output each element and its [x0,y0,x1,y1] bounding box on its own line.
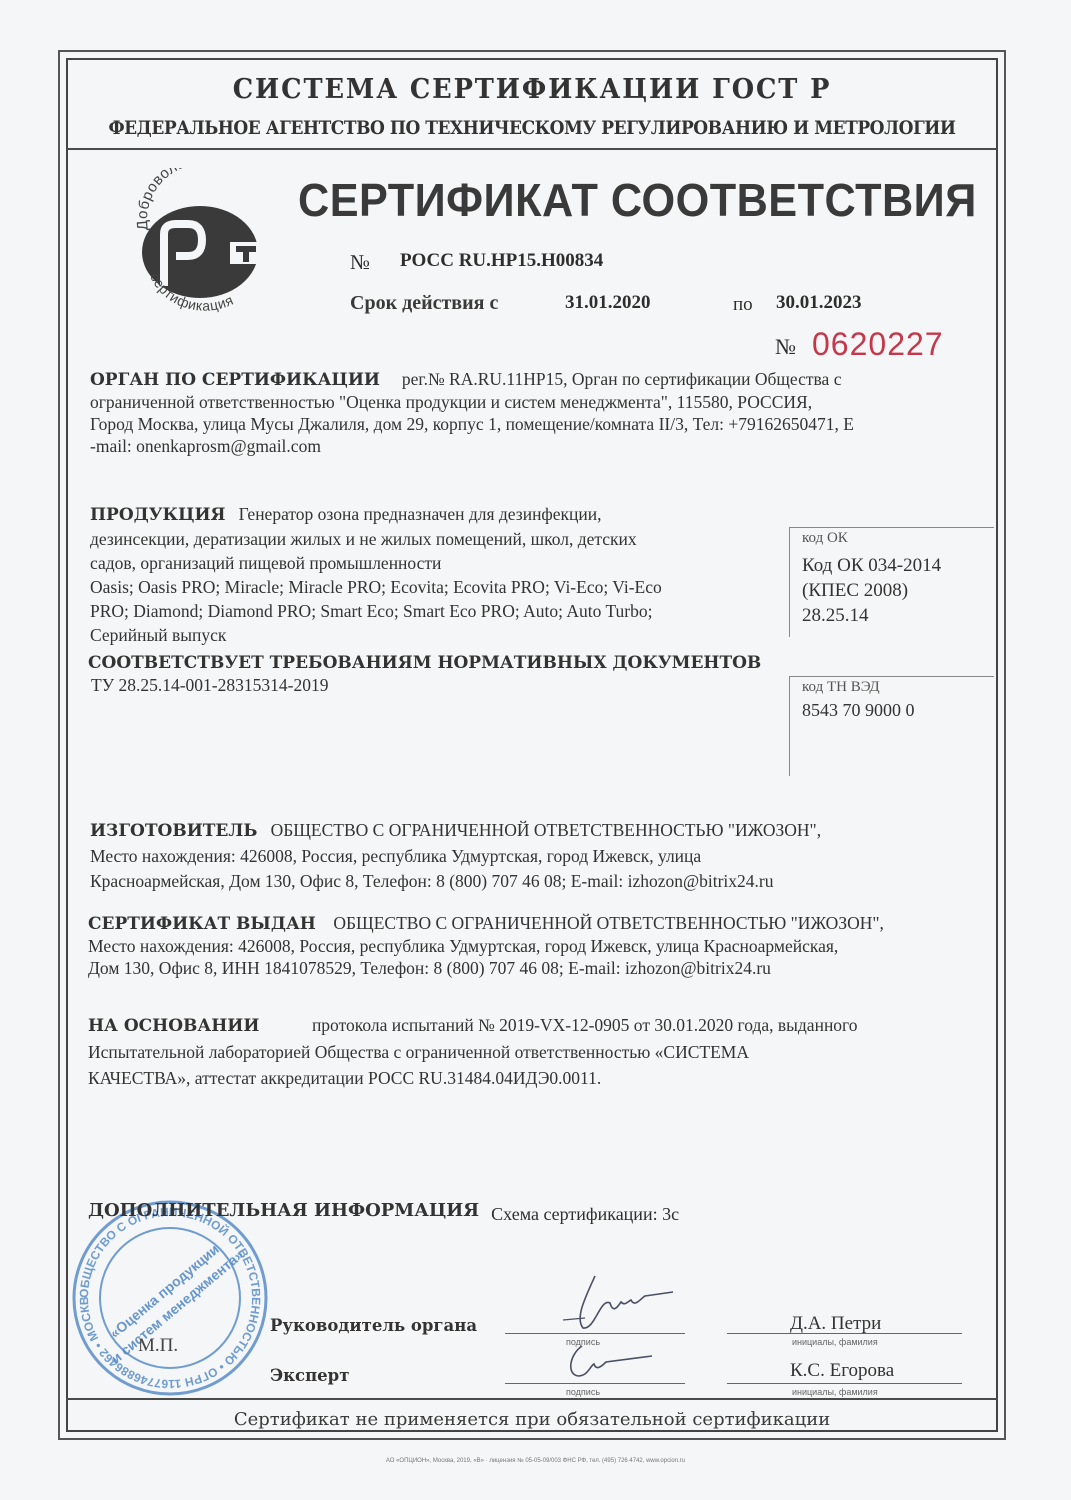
document-title: СЕРТИФИКАТ СООТВЕТСТВИЯ [298,173,977,227]
seal-stamp-icon: ОБЩЕСТВО С ОГРАНИЧЕННОЙ ОТВЕТСТВЕННОСТЬЮ… [70,1198,270,1398]
head-name: Д.А. Петри [790,1313,881,1335]
form-serial-number: 0620227 [812,326,944,363]
basis-heading: НА ОСНОВАНИИ [88,1016,259,1036]
code-tnved-box: код ТН ВЭД 8543 70 9000 0 [789,676,994,776]
manufacturer-line: ОБЩЕСТВО С ОГРАНИЧЕННОЙ ОТВЕТСТВЕННОСТЬЮ… [271,820,822,840]
issued-to-line: Место нахождения: 426008, Россия, респуб… [88,935,884,957]
header-divider [66,148,998,150]
conformity-heading: СООТВЕТСТВУЕТ ТРЕБОВАНИЯМ НОРМАТИВНЫХ ДО… [88,652,761,674]
certification-body-line: Город Москва, улица Мусы Джалиля, дом 29… [90,413,854,435]
certification-body-line: -mail: onenkaprosm@gmail.com [90,435,854,457]
manufacturer-line: Красноармейская, Дом 130, Офис 8, Телефо… [90,869,821,894]
manufacturer-section: ИЗГОТОВИТЕЛЬ ОБЩЕСТВО С ОГРАНИЧЕННОЙ ОТВ… [90,818,821,894]
additional-info-heading: ДОПОЛНИТЕЛЬНАЯ ИНФОРМАЦИЯ [88,1200,479,1221]
code-ok-label: код ОК [802,530,994,547]
printer-imprint: АО «ОПЦИОН», Москва, 2019, «В» · лицензи… [0,1458,1071,1464]
product-section: ПРОДУКЦИЯ Генератор озона предназначен д… [90,502,662,647]
product-line: Генератор озона предназначен для дезинфе… [239,504,602,524]
expert-role-label: Эксперт [270,1366,349,1385]
footer-divider-top [66,1398,998,1400]
certification-body-heading: ОРГАН ПО СЕРТИФИКАЦИИ [90,370,380,390]
form-serial-label: № [775,334,796,360]
head-role-label: Руководитель органа [270,1316,477,1335]
normative-document: ТУ 28.25.14-001-28315314-2019 [91,674,761,696]
product-line: Серийный выпуск [90,623,662,647]
additional-info-row: ДОПОЛНИТЕЛЬНАЯ ИНФОРМАЦИЯ Схема сертифик… [88,1200,679,1221]
issued-to-heading: СЕРТИФИКАТ ВЫДАН [88,914,316,934]
code-ok-value: 28.25.14 [802,603,994,628]
product-models-line: Oasis; Oasis PRO; Miracle; Miracle PRO; … [90,575,662,599]
code-tnved-label: код ТН ВЭД [802,679,994,696]
certificate-number-label: № [350,250,370,275]
basis-line: КАЧЕСТВА», аттестат аккредитации РОСС RU… [88,1065,858,1091]
expert-name-caption: инициалы, фамилия [792,1387,878,1397]
manufacturer-heading: ИЗГОТОВИТЕЛЬ [90,821,257,841]
expert-name-line [727,1383,962,1384]
product-models-line: PRO; Diamond; Diamond PRO; Smart Eco; Sm… [90,599,662,623]
code-tnved-value: 8543 70 9000 0 [802,698,994,723]
product-line: садов, организаций пищевой промышленност… [90,551,662,575]
validity-label: Срок действия с [350,292,498,315]
basis-line: Испытательной лабораторией Общества с ог… [88,1039,858,1065]
expert-signature-icon [560,1340,660,1390]
issued-to-section: СЕРТИФИКАТ ВЫДАН ОБЩЕСТВО С ОГРАНИЧЕННОЙ… [88,912,884,979]
certification-body-line: ограниченной ответственностью "Оценка пр… [90,391,854,413]
agency-title: ФЕДЕРАЛЬНОЕ АГЕНТСТВО ПО ТЕХНИЧЕСКОМУ РЕ… [103,118,960,139]
code-ok-value: (КПЕС 2008) [802,578,994,603]
head-name-caption: инициалы, фамилия [792,1337,878,1347]
manufacturer-line: Место нахождения: 426008, Россия, респуб… [90,844,821,869]
certification-body-line: рег.№ RA.RU.11НР15, Орган по сертификаци… [402,369,842,389]
issued-to-line: ОБЩЕСТВО С ОГРАНИЧЕННОЙ ОТВЕТСТВЕННОСТЬЮ… [333,913,884,933]
conformity-section: СООТВЕТСТВУЕТ ТРЕБОВАНИЯМ НОРМАТИВНЫХ ДО… [88,652,761,696]
head-signature-icon [555,1268,685,1343]
product-heading: ПРОДУКЦИЯ [90,505,226,525]
basis-line: протокола испытаний № 2019-VX-12-0905 от… [312,1015,858,1035]
certification-scheme: Схема сертификации: 3с [491,1204,679,1224]
code-ok-value: Код ОК 034-2014 [802,553,994,578]
certification-body-section: ОРГАН ПО СЕРТИФИКАЦИИ рег.№ RA.RU.11НР15… [90,368,854,457]
valid-to-label: по [733,294,753,316]
basis-section: НА ОСНОВАНИИ протокола испытаний № 2019-… [88,1012,858,1091]
product-line: дезинсекции, дератизации жилых и не жилы… [90,527,662,551]
head-name-line [727,1333,962,1334]
expert-name: К.С. Егорова [790,1360,894,1382]
valid-from-date: 31.01.2020 [565,292,651,314]
certificate-number: РОСС RU.НР15.Н00834 [400,250,603,272]
stamp-place-label: М.П. [138,1335,178,1357]
code-ok-box: код ОК Код ОК 034-2014 (КПЕС 2008) 28.25… [789,527,994,637]
valid-to-date: 30.01.2023 [776,292,862,314]
issued-to-line: Дом 130, Офис 8, ИНН 1841078529, Телефон… [88,957,884,979]
system-title: СИСТЕМА СЕРТИФИКАЦИИ ГОСТ Р [89,74,974,105]
rst-logo-icon: Добровольная сертификация [130,168,270,318]
footer-note: Сертификат не применяется при обязательн… [66,1409,998,1430]
